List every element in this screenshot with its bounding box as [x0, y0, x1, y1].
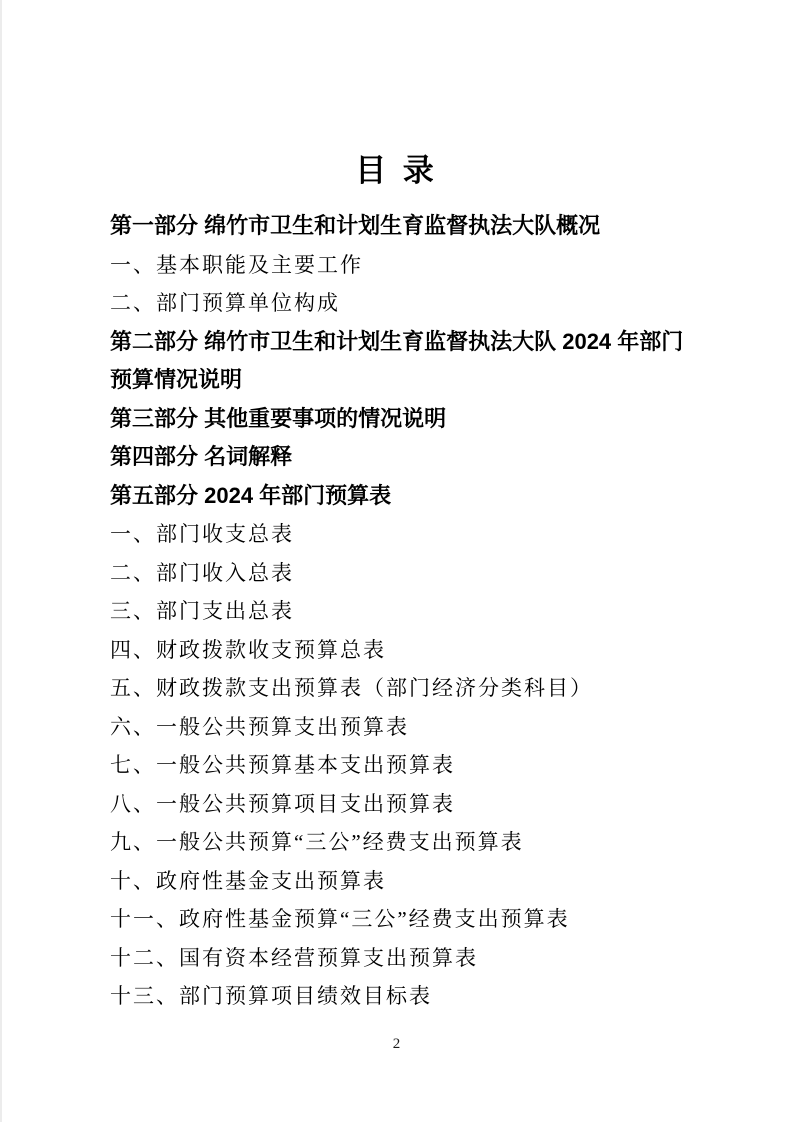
- toc-entry: 十二、国有资本经营预算支出预算表: [110, 939, 703, 978]
- toc-entry: 第三部分 其他重要事项的情况说明: [110, 400, 703, 439]
- toc-entry: 第二部分 绵竹市卫生和计划生育监督执法大队 2024 年部门预算情况说明: [110, 323, 703, 400]
- toc-entry: 十、政府性基金支出预算表: [110, 862, 703, 901]
- toc-entry: 第一部分 绵竹市卫生和计划生育监督执法大队概况: [110, 207, 703, 246]
- toc-entry: 二、部门预算单位构成: [110, 284, 703, 323]
- toc-entry: 九、一般公共预算“三公”经费支出预算表: [110, 823, 703, 862]
- document-page: 目 录 第一部分 绵竹市卫生和计划生育监督执法大队概况一、基本职能及主要工作二、…: [0, 0, 793, 1122]
- toc-entry: 十一、政府性基金预算“三公”经费支出预算表: [110, 900, 703, 939]
- toc-entry: 二、部门收入总表: [110, 554, 703, 593]
- page-number: 2: [0, 1036, 793, 1053]
- toc-entry: 一、部门收支总表: [110, 515, 703, 554]
- toc-entry: 十三、部门预算项目绩效目标表: [110, 977, 703, 1016]
- toc-entry: 八、一般公共预算项目支出预算表: [110, 785, 703, 824]
- toc-entry: 第四部分 名词解释: [110, 438, 703, 477]
- page-title: 目 录: [0, 153, 793, 189]
- toc-entry: 三、部门支出总表: [110, 592, 703, 631]
- toc-entries: 第一部分 绵竹市卫生和计划生育监督执法大队概况一、基本职能及主要工作二、部门预算…: [110, 207, 703, 1016]
- toc-entry: 第五部分 2024 年部门预算表: [110, 477, 703, 516]
- toc-entry: 五、财政拨款支出预算表（部门经济分类科目）: [110, 669, 703, 708]
- toc-entry: 一、基本职能及主要工作: [110, 246, 703, 285]
- toc-entry: 六、一般公共预算支出预算表: [110, 708, 703, 747]
- toc-entry: 七、一般公共预算基本支出预算表: [110, 746, 703, 785]
- toc-entry: 四、财政拨款收支预算总表: [110, 631, 703, 670]
